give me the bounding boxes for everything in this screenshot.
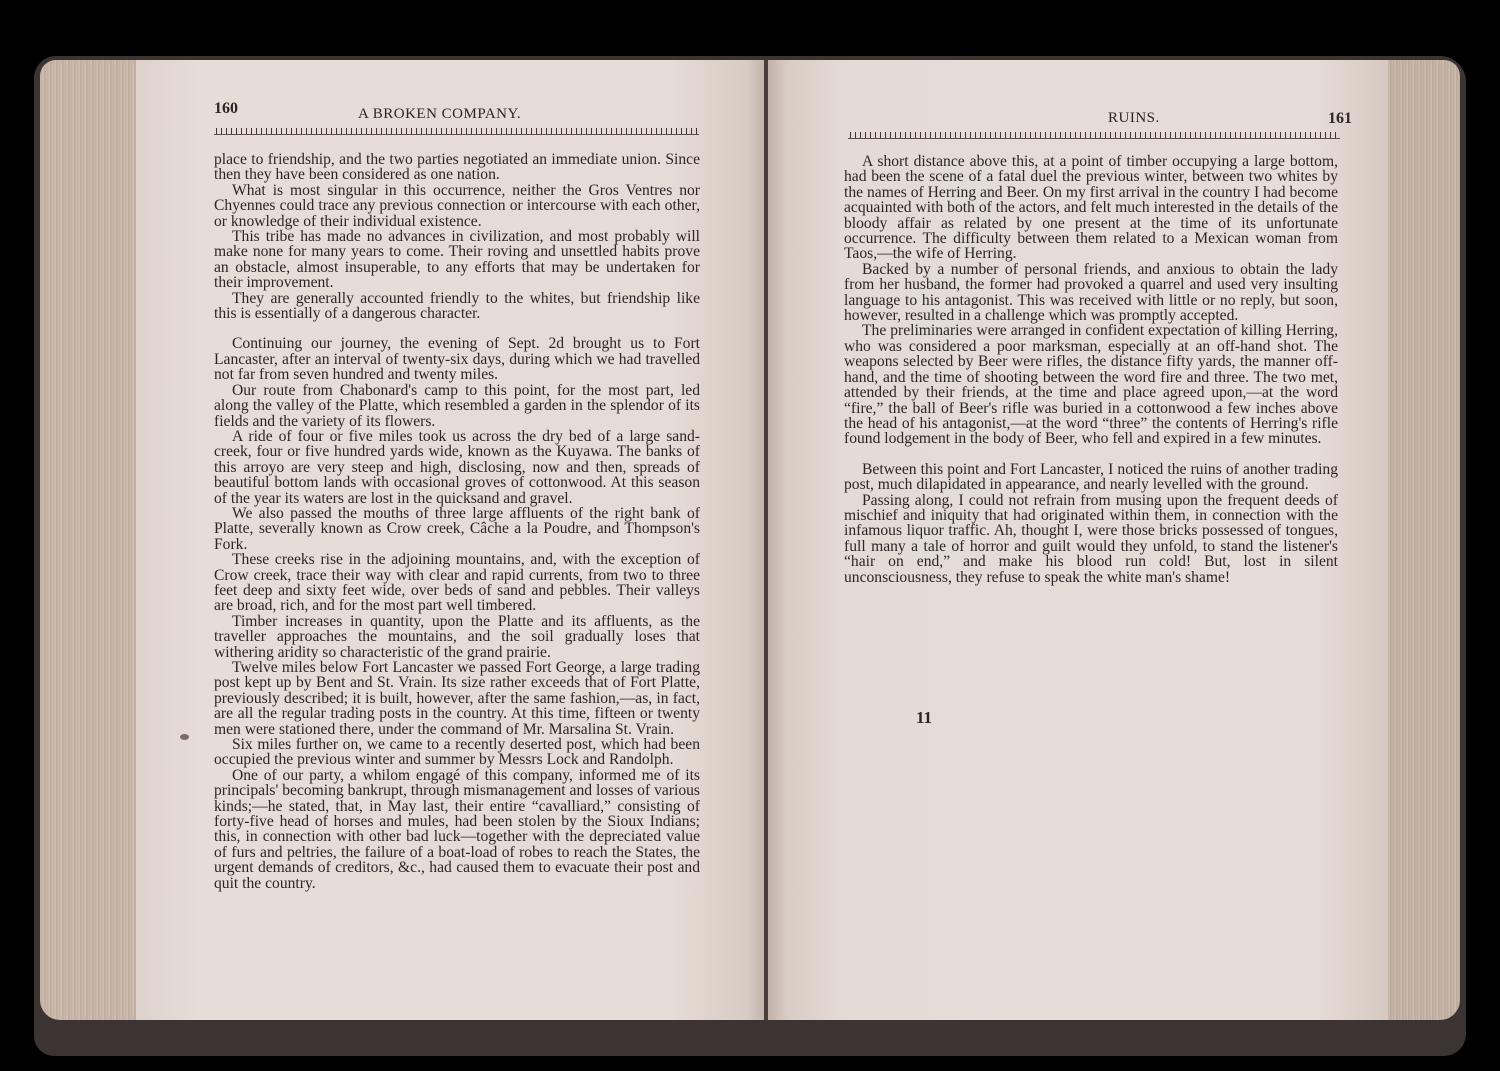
page-number: 160 xyxy=(214,100,238,118)
signature-mark: 11 xyxy=(916,708,932,728)
paragraph: A ride of four or five miles took us acr… xyxy=(214,429,700,506)
paragraph: Timber increases in quantity, upon the P… xyxy=(214,614,700,660)
right-page-text: A short distance above this, at a point … xyxy=(844,154,1338,585)
left-page-edges xyxy=(40,60,140,1020)
paragraph: Twelve miles below Fort Lancaster we pas… xyxy=(214,660,700,737)
paragraph: One of our party, a whilom engagé of thi… xyxy=(214,768,700,891)
paragraph: A short distance above this, at a point … xyxy=(844,154,1338,262)
right-page-edges xyxy=(1386,60,1460,1020)
right-page: RUINS. 161 A short distance above this, … xyxy=(768,60,1388,1020)
header-rule xyxy=(214,128,699,135)
paragraph: What is most singular in this occurrence… xyxy=(214,183,700,229)
paragraph: Our route from Chabonard's camp to this … xyxy=(214,383,700,429)
paragraph: Six miles further on, we came to a recen… xyxy=(214,737,700,768)
left-page: 160 A BROKEN COMPANY. place to friendshi… xyxy=(136,60,766,1020)
paragraph: Continuing our journey, the evening of S… xyxy=(214,336,700,382)
paragraph: The preliminaries were arranged in confi… xyxy=(844,323,1338,446)
foxing-spot xyxy=(180,734,189,740)
paragraph: place to friendship, and the two parties… xyxy=(214,152,700,183)
header-rule xyxy=(848,132,1340,139)
paragraph: We also passed the mouths of three large… xyxy=(214,506,700,552)
running-title: RUINS. xyxy=(1108,110,1160,127)
left-running-head: 160 A BROKEN COMPANY. xyxy=(136,106,766,130)
paragraph: Between this point and Fort Lancaster, I… xyxy=(844,462,1338,493)
right-running-head: RUINS. 161 xyxy=(768,106,1388,130)
paragraph: They are generally accounted friendly to… xyxy=(214,291,700,322)
running-title: A BROKEN COMPANY. xyxy=(358,106,521,123)
open-book: 160 A BROKEN COMPANY. place to friendshi… xyxy=(40,60,1460,1020)
left-page-text: place to friendship, and the two parties… xyxy=(214,152,700,891)
paragraph: Backed by a number of personal friends, … xyxy=(844,262,1338,324)
paragraph: This tribe has made no advances in civil… xyxy=(214,229,700,291)
page-number: 161 xyxy=(1328,110,1352,128)
paragraph: Passing along, I could not refrain from … xyxy=(844,493,1338,585)
paragraph: These creeks rise in the adjoining mount… xyxy=(214,552,700,614)
